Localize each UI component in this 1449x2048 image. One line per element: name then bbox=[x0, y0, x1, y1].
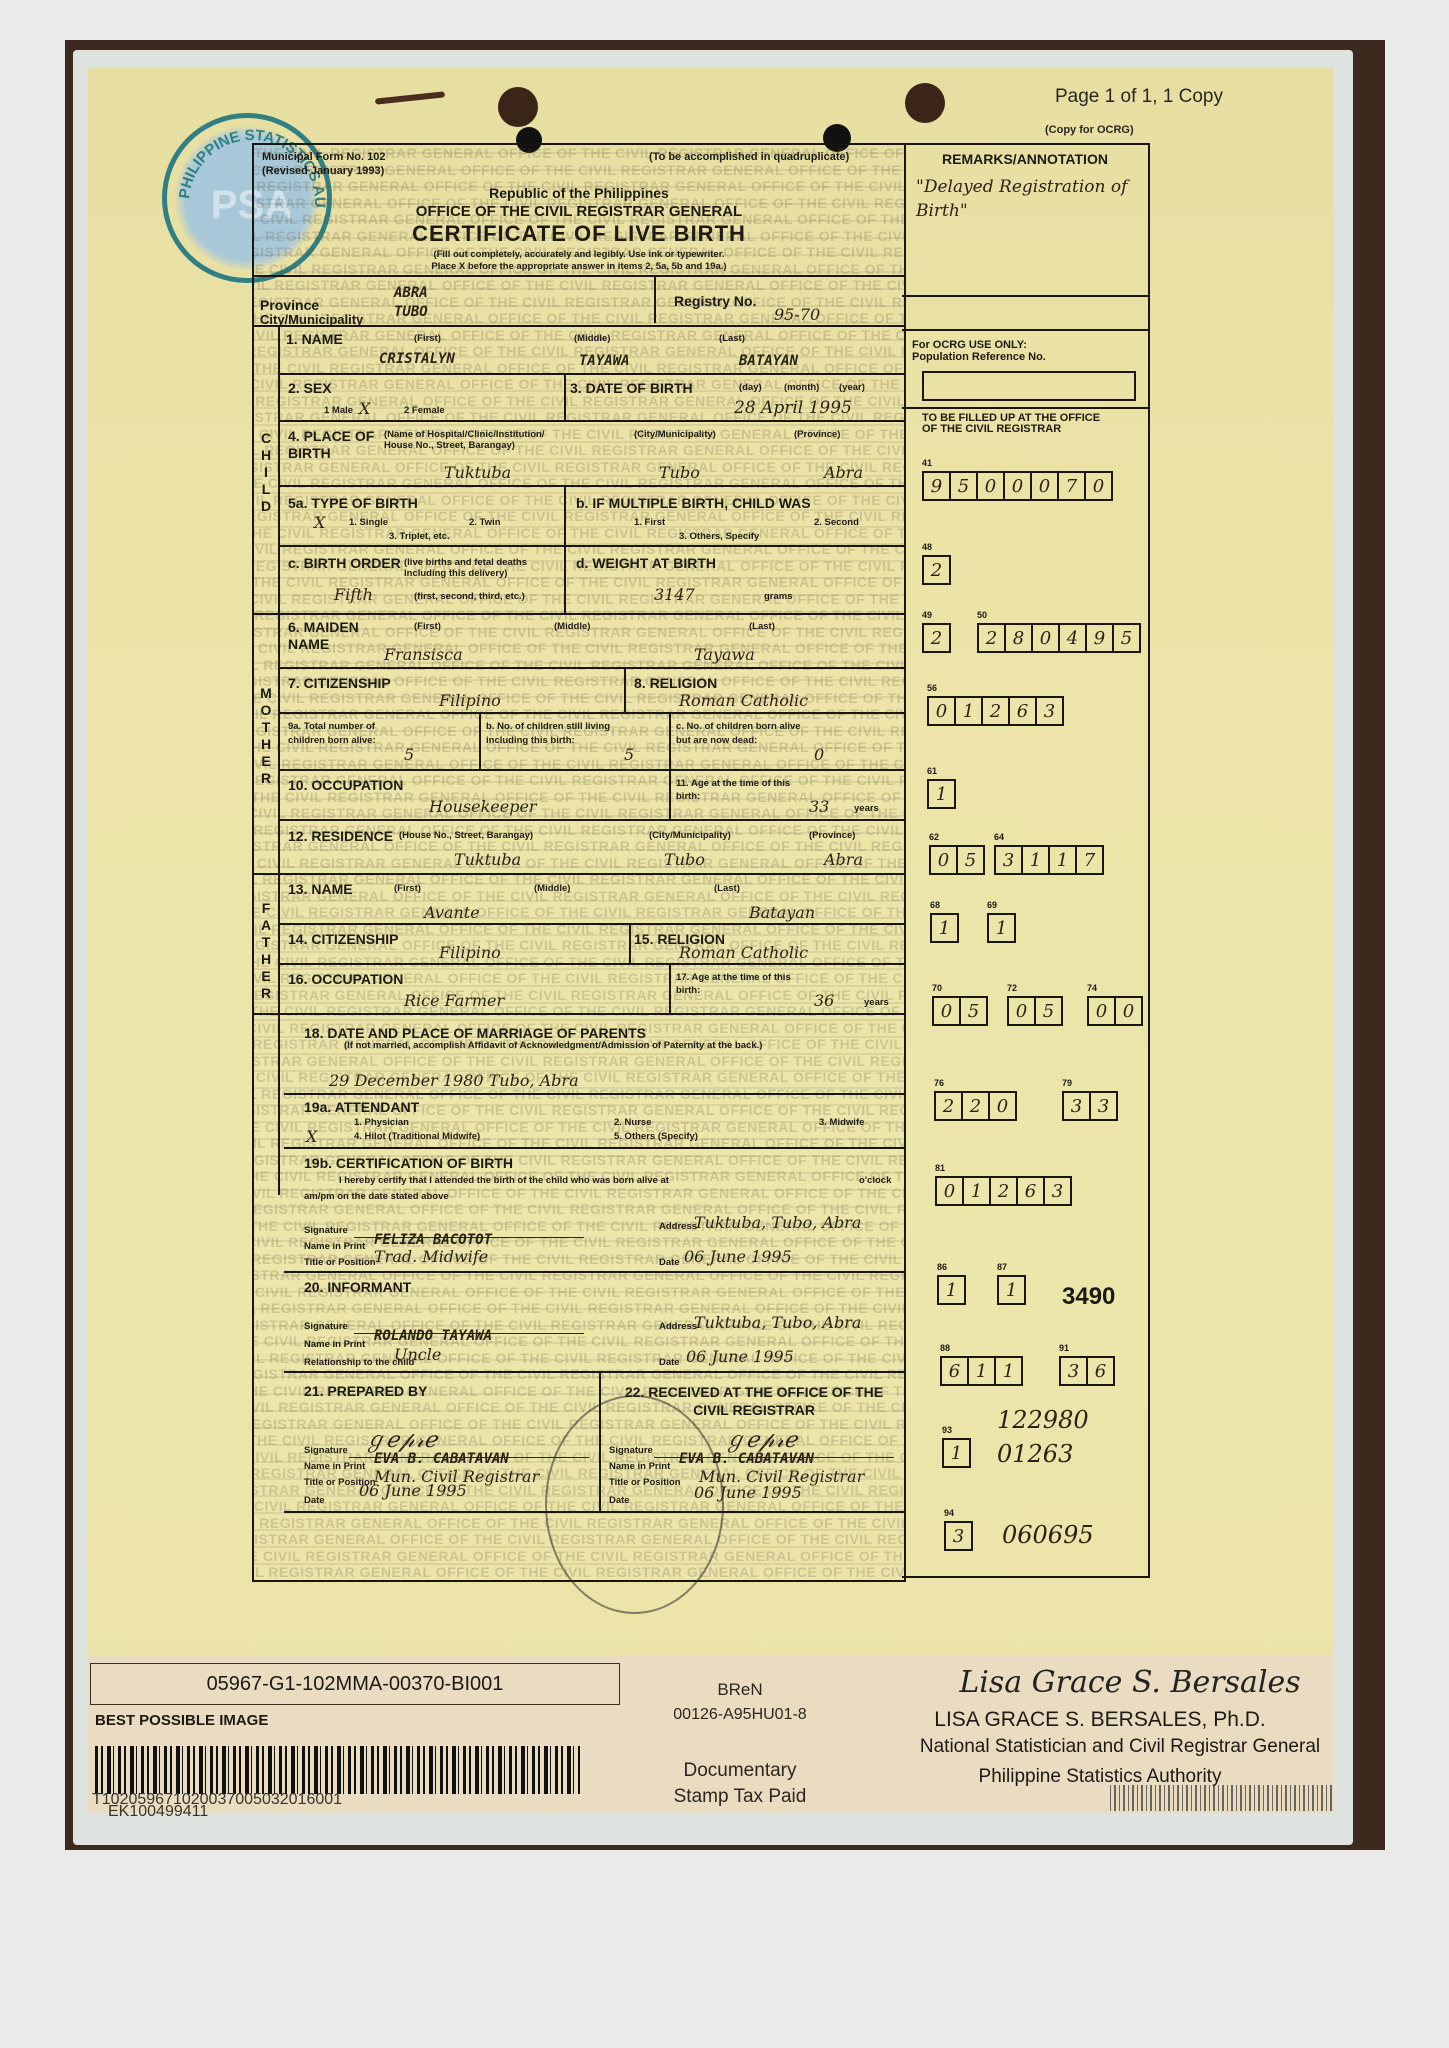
code-field-number: 91 bbox=[1059, 1343, 1069, 1353]
marriage-note: (If not married, accomplish Affidavit of… bbox=[344, 1040, 894, 1051]
cert-date-value[interactable]: 06 June 1995 bbox=[684, 1247, 792, 1266]
code-field-64[interactable]: 3117 bbox=[994, 845, 1104, 875]
population-ref-input[interactable] bbox=[922, 371, 1136, 401]
dob-day-caption: (day) bbox=[739, 382, 762, 393]
code-field-number: 87 bbox=[997, 1262, 1007, 1272]
dob-label: 3. DATE OF BIRTH bbox=[570, 380, 693, 396]
maiden-middle-caption: (Middle) bbox=[554, 621, 590, 632]
code-field-72[interactable]: 05 bbox=[1007, 996, 1063, 1026]
instructions-line-1: (Fill out completely, accurately and leg… bbox=[254, 249, 904, 260]
code-digit-cell[interactable]: 3 bbox=[1089, 1091, 1118, 1121]
father-citizenship-value[interactable]: Filipino bbox=[439, 943, 501, 962]
mother-occupation-value[interactable]: Housekeeper bbox=[429, 797, 537, 816]
city-value[interactable]: TUBO bbox=[394, 304, 428, 320]
residence-label: 12. RESIDENCE bbox=[288, 828, 393, 844]
registry-no-value[interactable]: 95-70 bbox=[774, 305, 820, 324]
code-field-61[interactable]: 1 bbox=[927, 779, 956, 809]
code-field-number: 93 bbox=[942, 1425, 952, 1435]
prepared-signature: ℊℯ𝓅𝓇ℯ bbox=[364, 1423, 437, 1454]
attendant-option-physician[interactable]: 1. Physician bbox=[354, 1117, 409, 1128]
place-sub-caption-1: (Name of Hospital/Clinic/Institution/ Ho… bbox=[384, 429, 554, 451]
sex-option-female[interactable]: 2 Female bbox=[404, 405, 445, 416]
bren-number: 00126-A95HU01-8 bbox=[640, 1706, 840, 1724]
copy-for-ocrg: (Copy for OCRG) bbox=[1045, 124, 1134, 136]
sex-option-male[interactable]: 1 Male bbox=[324, 405, 353, 416]
code-digit-cell[interactable]: 2 bbox=[934, 1091, 963, 1121]
registry-no-label: Registry No. bbox=[674, 293, 756, 309]
bren-label: BReN bbox=[640, 1680, 840, 1700]
multiple-birth-label: b. IF MULTIPLE BIRTH, CHILD WAS bbox=[576, 495, 811, 511]
cert-signature-label: Signature bbox=[304, 1225, 348, 1236]
province-value[interactable]: ABRA bbox=[394, 285, 428, 301]
father-religion-value[interactable]: Roman Catholic bbox=[679, 943, 808, 962]
residence-caption-3: (Province) bbox=[809, 830, 855, 841]
certification-label: 19b. CERTIFICATION OF BIRTH bbox=[304, 1155, 513, 1171]
code-digit-cell[interactable]: 7 bbox=[1057, 471, 1086, 501]
maiden-name-label: 6. MAIDEN NAME bbox=[288, 619, 378, 653]
official-title: National Statistician and Civil Registra… bbox=[895, 1736, 1345, 1758]
cert-title-value[interactable]: Trad. Midwife bbox=[374, 1247, 488, 1266]
place-province[interactable]: Abra bbox=[824, 463, 863, 482]
code-digit-cell[interactable]: 3 bbox=[994, 845, 1023, 875]
informant-relationship-value[interactable]: Uncle bbox=[394, 1345, 441, 1364]
certification-oclock: o'clock bbox=[859, 1175, 891, 1186]
republic-line: Republic of the Philippines bbox=[254, 185, 904, 201]
prepared-by-label: 21. PREPARED BY bbox=[304, 1383, 427, 1399]
dob-value[interactable]: 28 April 1995 bbox=[734, 398, 852, 418]
code-digit-cell[interactable]: 3 bbox=[1062, 1091, 1091, 1121]
code-digit-cell[interactable]: 2 bbox=[989, 1176, 1018, 1206]
residence-barangay[interactable]: Tuktuba bbox=[454, 850, 521, 869]
type-of-birth-mark[interactable]: X bbox=[314, 513, 325, 532]
informant-label: 20. INFORMANT bbox=[304, 1279, 411, 1295]
code-digit-cell[interactable]: 3 bbox=[1059, 1356, 1088, 1386]
residence-province[interactable]: Abra bbox=[824, 850, 863, 869]
place-sub-caption-3: (Province) bbox=[794, 429, 840, 440]
birth-order-label: c. BIRTH ORDER bbox=[288, 555, 401, 571]
instructions-line-2: Place X before the appropriate answer in… bbox=[254, 261, 904, 272]
place-sub-caption-2: (City/Municipality) bbox=[634, 429, 716, 440]
m9a-value[interactable]: 5 bbox=[404, 745, 414, 764]
father-occupation-label: 16. OCCUPATION bbox=[288, 971, 403, 987]
code-field-number: 76 bbox=[934, 1078, 944, 1088]
birth-order-value[interactable]: Fifth bbox=[334, 585, 373, 604]
code-digit-cell[interactable]: 1 bbox=[962, 1176, 991, 1206]
cert-name-value[interactable]: FELIZA BACOTOT bbox=[374, 1232, 492, 1248]
code-field-86[interactable]: 1 bbox=[937, 1275, 966, 1305]
m9c-value[interactable]: 0 bbox=[814, 745, 824, 764]
form-title: CERTIFICATE OF LIVE BIRTH bbox=[254, 221, 904, 247]
sex-mark[interactable]: X bbox=[359, 399, 370, 418]
barcode-sub-number: EK1004994​11 bbox=[108, 1803, 208, 1821]
attendant-mark[interactable]: X bbox=[306, 1127, 317, 1146]
marriage-label: 18. DATE AND PLACE OF MARRIAGE OF PARENT… bbox=[304, 1025, 646, 1041]
ocrg-title: For OCRG USE ONLY: bbox=[912, 339, 1027, 351]
population-ref-label: Population Reference No. bbox=[912, 351, 1046, 363]
code-field-number: 81 bbox=[935, 1163, 945, 1173]
code-field-48[interactable]: 2 bbox=[922, 555, 951, 585]
marriage-value[interactable]: 29 December 1980 Tubo, Abra bbox=[329, 1071, 579, 1090]
father-age-unit: years bbox=[864, 997, 889, 1008]
code-digit-cell[interactable]: 1 bbox=[1021, 845, 1050, 875]
code-digit-cell[interactable]: 1 bbox=[927, 779, 956, 809]
multiple-option-others[interactable]: 3. Others, Specify bbox=[679, 531, 759, 542]
remarks-title: REMARKS/ANNOTATION bbox=[902, 151, 1148, 167]
father-age-value[interactable]: 36 bbox=[814, 991, 834, 1010]
code-digit-cell[interactable]: 5 bbox=[1112, 623, 1141, 653]
father-last-caption: (Last) bbox=[714, 883, 740, 894]
code-field-56[interactable]: 01263 bbox=[927, 696, 1064, 726]
mother-first-name[interactable]: Fransisca bbox=[384, 645, 463, 664]
fill-up-title: TO BE FILLED UP AT THE OFFICE OF THE CIV… bbox=[922, 413, 1102, 435]
weight-label: d. WEIGHT AT BIRTH bbox=[576, 555, 716, 571]
sex-label: 2. SEX bbox=[288, 380, 332, 396]
child-section-label: CHILD bbox=[257, 430, 275, 515]
last-name-caption: (Last) bbox=[719, 333, 745, 344]
attendant-option-hilot[interactable]: 4. Hilot (Traditional Midwife) bbox=[354, 1131, 480, 1142]
received-signature: ℊℯ𝓅𝓇ℯ bbox=[724, 1423, 797, 1454]
code-field-76[interactable]: 220 bbox=[934, 1091, 1017, 1121]
registrar-signature: Lisa Grace S. Bersales bbox=[900, 1665, 1360, 1700]
code-digit-cell[interactable]: 3 bbox=[1035, 696, 1064, 726]
residence-city[interactable]: Tubo bbox=[664, 850, 705, 869]
code-digit-cell[interactable]: 0 bbox=[927, 696, 956, 726]
official-name: LISA GRACE S. BERSALES, Ph.D. bbox=[900, 1708, 1300, 1732]
code-digit-cell[interactable]: 0 bbox=[932, 996, 961, 1026]
type-option-triplet[interactable]: 3. Triplet, etc. bbox=[389, 531, 450, 542]
stamp-number: 3490 bbox=[1062, 1283, 1115, 1311]
code-digit-cell[interactable]: 5 bbox=[1034, 996, 1063, 1026]
code-field-74[interactable]: 00 bbox=[1087, 996, 1143, 1026]
multiple-option-second[interactable]: 2. Second bbox=[814, 517, 859, 528]
code-digit-cell[interactable]: 0 bbox=[1031, 623, 1060, 653]
code-digit-cell[interactable]: 1 bbox=[994, 1356, 1023, 1386]
mother-religion-label: 8. RELIGION bbox=[634, 675, 717, 691]
code-digit-cell[interactable]: 1 bbox=[930, 913, 959, 943]
code-field-number: 49 bbox=[922, 610, 932, 620]
child-first-name[interactable]: CRISTALYN bbox=[379, 351, 455, 367]
code-digit-cell[interactable]: 6 bbox=[1086, 1356, 1115, 1386]
code-digit-cell[interactable]: 6 bbox=[1016, 1176, 1045, 1206]
code-digit-cell[interactable]: 2 bbox=[922, 555, 951, 585]
mother-age-label: 11. Age at the time of this birth: bbox=[676, 777, 796, 803]
punch-hole-right bbox=[905, 83, 945, 123]
multiple-option-first[interactable]: 1. First bbox=[634, 517, 665, 528]
code-field-93[interactable]: 1 bbox=[942, 1438, 971, 1468]
attendant-option-others[interactable]: 5. Others (Specify) bbox=[614, 1131, 698, 1142]
code-digit-cell[interactable]: 6 bbox=[940, 1356, 969, 1386]
cert-address-value[interactable]: Tuktuba, Tubo, Abra bbox=[694, 1213, 861, 1232]
informant-signature-label: Signature bbox=[304, 1321, 348, 1332]
punch-hole-left bbox=[498, 87, 538, 127]
code-field-50[interactable]: 280495 bbox=[977, 623, 1141, 653]
code-digit-cell[interactable]: 1 bbox=[1048, 845, 1077, 875]
form-revised: (Revised January 1993) bbox=[262, 165, 384, 177]
informant-date-value[interactable]: 06 June 1995 bbox=[686, 1347, 794, 1366]
mother-age-value[interactable]: 33 bbox=[809, 797, 829, 816]
mother-last-name[interactable]: Tayawa bbox=[694, 645, 755, 664]
m9b-value[interactable]: 5 bbox=[624, 745, 634, 764]
page-indicator: Page 1 of 1, 1 Copy bbox=[1055, 86, 1223, 108]
code-digit-cell[interactable]: 3 bbox=[944, 1521, 973, 1551]
code-field-62[interactable]: 05 bbox=[929, 845, 985, 875]
maiden-last-caption: (Last) bbox=[749, 621, 775, 632]
dob-year-caption: (year) bbox=[839, 382, 865, 393]
code-digit-cell[interactable]: 0 bbox=[1007, 996, 1036, 1026]
type-option-single[interactable]: 1. Single bbox=[349, 517, 388, 528]
code-field-number: 86 bbox=[937, 1262, 947, 1272]
father-first-caption: (First) bbox=[394, 883, 421, 894]
handwritten-number-2: 01263 bbox=[997, 1440, 1073, 1468]
code-field-79[interactable]: 33 bbox=[1062, 1091, 1118, 1121]
province-label: Province bbox=[260, 297, 319, 313]
code-digit-cell[interactable]: 0 bbox=[1114, 996, 1143, 1026]
code-field-number: 68 bbox=[930, 900, 940, 910]
code-digit-cell[interactable]: 3 bbox=[1043, 1176, 1072, 1206]
attendant-option-midwife[interactable]: 3. Midwife bbox=[819, 1117, 864, 1128]
code-field-69[interactable]: 1 bbox=[987, 913, 1016, 943]
code-field-88[interactable]: 611 bbox=[940, 1356, 1023, 1386]
code-field-number: 64 bbox=[994, 832, 1004, 842]
cert-name-label: Name in Print bbox=[304, 1241, 365, 1252]
m9c-label: c. No. of children born alive but are no… bbox=[676, 720, 806, 748]
code-digit-cell[interactable]: 8 bbox=[1004, 623, 1033, 653]
place-city[interactable]: Tubo bbox=[659, 463, 700, 482]
father-last-name[interactable]: Batayan bbox=[749, 903, 815, 922]
office-line: OFFICE OF THE CIVIL REGISTRAR GENERAL bbox=[254, 203, 904, 220]
cert-date-label: Date bbox=[659, 1257, 680, 1268]
code-field-49[interactable]: 2 bbox=[922, 623, 951, 653]
code-field-number: 61 bbox=[927, 766, 937, 776]
code-digit-cell[interactable]: 0 bbox=[1084, 471, 1113, 501]
barcode-icon bbox=[95, 1746, 580, 1794]
code-digit-cell[interactable]: 1 bbox=[942, 1438, 971, 1468]
prepared-signature-label: Signature bbox=[304, 1445, 348, 1456]
code-digit-cell[interactable]: 1 bbox=[954, 696, 983, 726]
mother-citizenship-value[interactable]: Filipino bbox=[439, 691, 501, 710]
child-name-label: 1. NAME bbox=[286, 331, 343, 347]
father-first-name[interactable]: Avante bbox=[424, 903, 480, 922]
code-digit-cell[interactable]: 1 bbox=[967, 1356, 996, 1386]
m9a-label: 9a. Total number of children born alive: bbox=[288, 720, 398, 748]
informant-address-label: Address bbox=[659, 1321, 697, 1332]
code-digit-cell[interactable]: 2 bbox=[977, 623, 1006, 653]
remarks-value[interactable]: "Delayed Registration of Birth" bbox=[916, 175, 1136, 223]
right-column: REMARKS/ANNOTATION "Delayed Registration… bbox=[902, 143, 1152, 1578]
code-digit-cell[interactable]: 0 bbox=[935, 1176, 964, 1206]
handwritten-number-1: 122980 bbox=[997, 1406, 1089, 1434]
code-digit-cell[interactable]: 0 bbox=[1003, 471, 1032, 501]
mother-religion-value[interactable]: Roman Catholic bbox=[679, 691, 808, 710]
father-citizenship-label: 14. CITIZENSHIP bbox=[288, 931, 398, 947]
code-field-number: 48 bbox=[922, 542, 932, 552]
code-digit-cell[interactable]: 0 bbox=[976, 471, 1005, 501]
cert-address-label: Address bbox=[659, 1221, 697, 1232]
first-name-caption: (First) bbox=[414, 333, 441, 344]
code-digit-cell[interactable]: 0 bbox=[1030, 471, 1059, 501]
child-middle-name[interactable]: TAYAWA bbox=[579, 353, 630, 369]
mother-age-unit: years bbox=[854, 803, 879, 814]
code-digit-cell[interactable]: 0 bbox=[1087, 996, 1116, 1026]
code-digit-cell[interactable]: 2 bbox=[961, 1091, 990, 1121]
code-field-number: 70 bbox=[932, 983, 942, 993]
code-field-87[interactable]: 1 bbox=[997, 1275, 1026, 1305]
province-stamp-icon bbox=[545, 1395, 724, 1614]
code-digit-cell[interactable]: 0 bbox=[929, 845, 958, 875]
documentary-stamp-tax: Documentary Stamp Tax Paid bbox=[640, 1758, 840, 1810]
code-field-68[interactable]: 1 bbox=[930, 913, 959, 943]
code-field-41[interactable]: 9500070 bbox=[922, 471, 1113, 501]
code-digit-cell[interactable]: 1 bbox=[997, 1275, 1026, 1305]
type-of-birth-label: 5a. TYPE OF BIRTH bbox=[288, 495, 418, 511]
code-field-number: 74 bbox=[1087, 983, 1097, 993]
certification-text: I hereby certify that I attended the bir… bbox=[339, 1175, 669, 1186]
father-section-label: FATHER bbox=[257, 900, 275, 1002]
attendant-label: 19a. ATTENDANT bbox=[304, 1099, 419, 1115]
code-field-number: 69 bbox=[987, 900, 997, 910]
code-field-91[interactable]: 36 bbox=[1059, 1356, 1115, 1386]
code-digit-cell[interactable]: 5 bbox=[959, 996, 988, 1026]
code-digit-cell[interactable]: 2 bbox=[922, 623, 951, 653]
weight-value[interactable]: 3147 bbox=[654, 585, 695, 604]
birth-order-caption: (live births and fetal deaths including … bbox=[404, 557, 554, 579]
certification-text-2: am/pm on the date stated above bbox=[304, 1191, 449, 1202]
code-field-number: 56 bbox=[927, 683, 937, 693]
code-digit-cell[interactable]: 5 bbox=[949, 471, 978, 501]
code-digit-cell[interactable]: 2 bbox=[981, 696, 1010, 726]
mother-occupation-label: 10. OCCUPATION bbox=[288, 777, 403, 793]
code-field-81[interactable]: 01263 bbox=[935, 1176, 1072, 1206]
place-barangay[interactable]: Tuktuba bbox=[444, 463, 511, 482]
code-digit-cell[interactable]: 4 bbox=[1058, 623, 1087, 653]
code-field-number: 72 bbox=[1007, 983, 1017, 993]
informant-address-value[interactable]: Tuktuba, Tubo, Abra bbox=[694, 1313, 861, 1332]
mother-section-label: MOTHER bbox=[257, 685, 275, 787]
code-field-number: 62 bbox=[929, 832, 939, 842]
child-last-name[interactable]: BATAYAN bbox=[739, 353, 798, 369]
residence-caption-1: (House No., Street, Barangay) bbox=[399, 830, 533, 841]
code-digit-cell[interactable]: 1 bbox=[937, 1275, 966, 1305]
code-digit-cell[interactable]: 6 bbox=[1008, 696, 1037, 726]
father-occupation-value[interactable]: Rice Farmer bbox=[404, 991, 504, 1010]
maiden-first-caption: (First) bbox=[414, 621, 441, 632]
code-field-70[interactable]: 05 bbox=[932, 996, 988, 1026]
mother-citizenship-label: 7. CITIZENSHIP bbox=[288, 675, 391, 691]
informant-date-label: Date bbox=[659, 1357, 680, 1368]
prepared-date-label: Date bbox=[304, 1495, 325, 1506]
residence-caption-2: (City/Municipality) bbox=[649, 830, 731, 841]
place-of-birth-label: 4. PLACE OF BIRTH bbox=[288, 428, 378, 462]
code-field-number: 88 bbox=[940, 1343, 950, 1353]
dst-line-1: Documentary bbox=[640, 1758, 840, 1784]
document-id: 05967-G1-102MMA-00370-BI001 bbox=[90, 1663, 620, 1705]
cert-title-label: Title or Position bbox=[304, 1257, 376, 1268]
code-field-number: 94 bbox=[944, 1508, 954, 1518]
certificate-form: THE CIVIL REGISTRAR GENERAL OFFICE OF TH… bbox=[252, 143, 906, 1582]
attendant-option-nurse[interactable]: 2. Nurse bbox=[614, 1117, 652, 1128]
dst-line-2: Stamp Tax Paid bbox=[640, 1784, 840, 1810]
weight-unit: grams bbox=[764, 591, 793, 602]
handwritten-number-3: 060695 bbox=[1002, 1521, 1094, 1549]
image-quality-label: BEST POSSIBLE IMAGE bbox=[95, 1712, 268, 1729]
prepared-name-label: Name in Print bbox=[304, 1461, 365, 1472]
birth-order-caption-2: (first, second, third, etc.) bbox=[414, 591, 525, 602]
prepared-date-value[interactable]: 06 June 1995 bbox=[359, 1481, 467, 1500]
dob-month-caption: (month) bbox=[784, 382, 819, 393]
code-field-94[interactable]: 3 bbox=[944, 1521, 973, 1551]
code-field-number: 41 bbox=[922, 458, 932, 468]
middle-name-caption: (Middle) bbox=[574, 333, 610, 344]
code-field-number: 79 bbox=[1062, 1078, 1072, 1088]
informant-name-value[interactable]: ROLANDO TAYAWA bbox=[374, 1328, 492, 1344]
code-digit-cell[interactable]: 5 bbox=[956, 845, 985, 875]
code-digit-cell[interactable]: 1 bbox=[987, 913, 1016, 943]
m9b-label: b. No. of children still living includin… bbox=[486, 720, 616, 748]
father-name-label: 13. NAME bbox=[288, 881, 353, 897]
code-field-number: 50 bbox=[977, 610, 987, 620]
code-digit-cell[interactable]: 7 bbox=[1075, 845, 1104, 875]
small-barcode-icon bbox=[1110, 1785, 1335, 1811]
type-option-twin[interactable]: 2. Twin bbox=[469, 517, 501, 528]
father-middle-caption: (Middle) bbox=[534, 883, 570, 894]
informant-name-label: Name in Print bbox=[304, 1339, 365, 1350]
form-number: Municipal Form No. 102 bbox=[262, 151, 385, 163]
code-digit-cell[interactable]: 0 bbox=[988, 1091, 1017, 1121]
father-age-label: 17. Age at the time of this birth: bbox=[676, 971, 796, 997]
prepared-name-value[interactable]: EVA B. CABATAVAN bbox=[374, 1451, 509, 1467]
code-digit-cell[interactable]: 9 bbox=[1085, 623, 1114, 653]
code-digit-cell[interactable]: 9 bbox=[922, 471, 951, 501]
quadruplicate-note: (To be accomplished in quadruplicate) bbox=[649, 151, 849, 163]
